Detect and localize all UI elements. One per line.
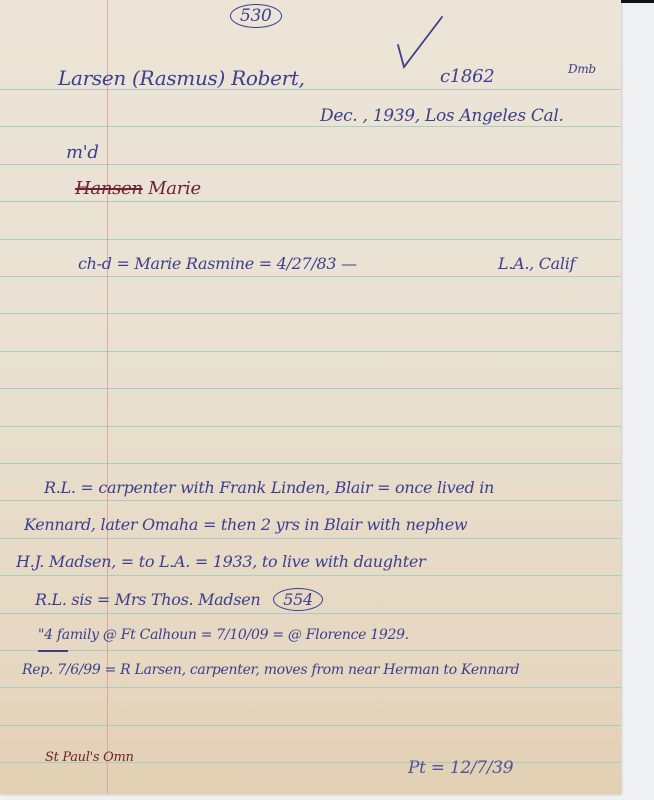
rule-line [0, 126, 621, 127]
child-entry: ch-d = Marie Rasmine = 4/27/83 — [78, 254, 357, 273]
sister-note: R.L. sis = Mrs Thos. Madsen [35, 590, 260, 609]
death-date-place: Dec. , 1939, Los Angeles Cal. [320, 106, 564, 126]
underline-mark [38, 650, 68, 652]
footer-date: Pt = 12/7/39 [408, 758, 513, 778]
rule-line [0, 276, 621, 277]
note-line-2: Kennard, later Omaha = then 2 yrs in Bla… [24, 515, 467, 534]
rule-line [0, 313, 621, 314]
checkmark-icon [396, 15, 446, 70]
rule-line [0, 613, 621, 614]
ruled-paper-sheet: 530 Larsen (Rasmus) Robert, c1862 Dmb De… [0, 0, 621, 794]
rule-line [0, 725, 621, 726]
married-label: m'd [66, 142, 99, 163]
spouse-struck-name: Hansen [75, 178, 143, 199]
rule-line [0, 687, 621, 688]
rule-line [0, 650, 621, 651]
note-line-4: R.L. sis = Mrs Thos. Madsen 554 [35, 590, 323, 609]
note-line-6: Rep. 7/6/99 = R Larsen, carpenter, moves… [22, 662, 519, 678]
rule-line [0, 575, 621, 576]
note-line-5: "4 family @ Ft Calhoun = 7/10/09 = @ Flo… [38, 627, 409, 643]
note-line-1: R.L. = carpenter with Frank Linden, Blai… [44, 478, 494, 497]
rule-line [0, 426, 621, 427]
rule-line [0, 351, 621, 352]
rule-line [0, 388, 621, 389]
footer-church: St Paul's Omn [45, 750, 134, 765]
rule-line [0, 538, 621, 539]
rule-line [0, 164, 621, 165]
cross-reference-number: 554 [273, 588, 323, 611]
person-name: Larsen (Rasmus) Robert, [58, 66, 305, 90]
spouse-line: Hansen Marie [75, 178, 201, 199]
scan-edge [621, 0, 654, 3]
child-location: L.A., Calif [498, 254, 575, 273]
note-line-3: H.J. Madsen, = to L.A. = 1933, to live w… [16, 552, 425, 571]
birth-year: c1862 [440, 66, 494, 87]
corner-initials: Dmb [568, 62, 596, 76]
rule-line [0, 500, 621, 501]
rule-line [0, 201, 621, 202]
spouse-name: Marie [148, 178, 201, 199]
rule-line [0, 239, 621, 240]
rule-line [0, 463, 621, 464]
card-number: 530 [230, 6, 282, 26]
